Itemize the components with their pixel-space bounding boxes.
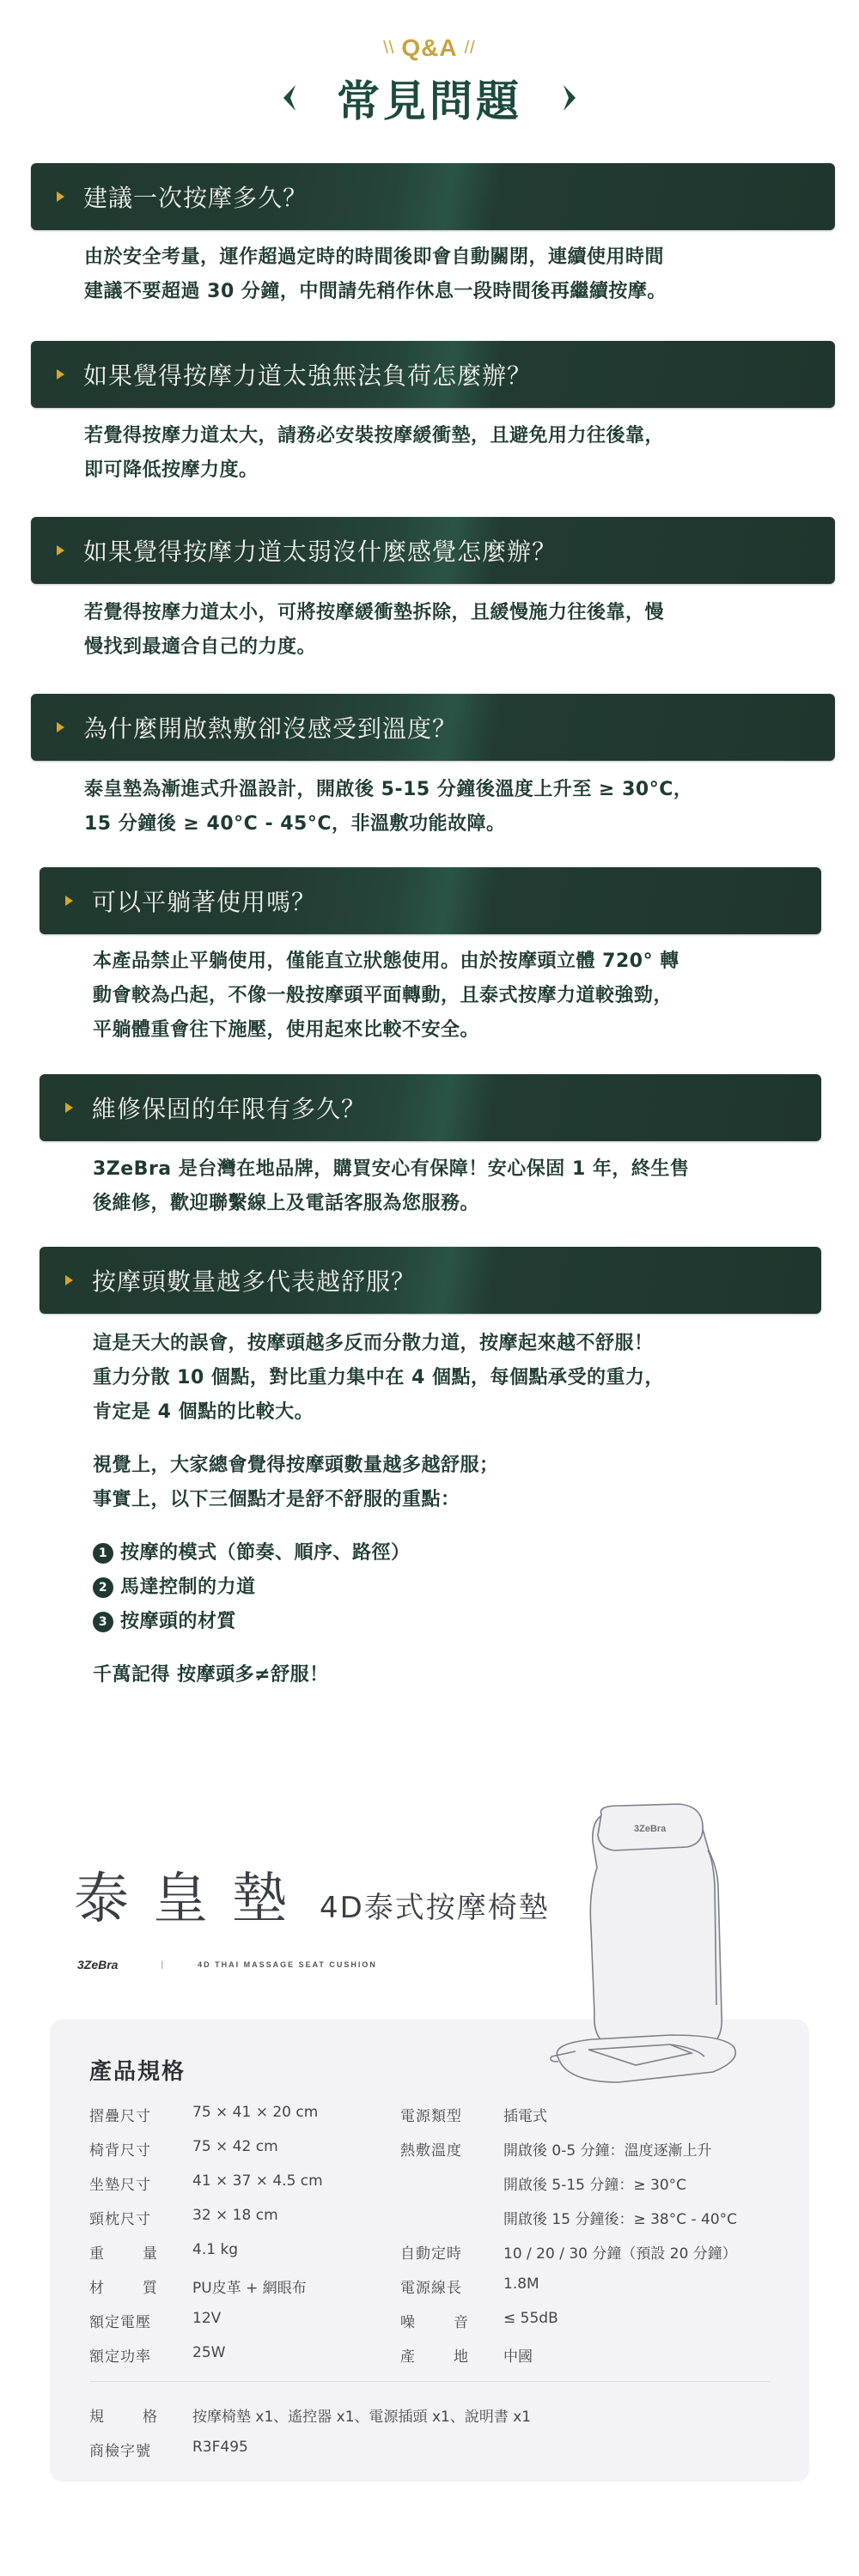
faq-question-3[interactable]: 如果覺得按摩力道太弱沒什麼感覺怎麼辦？ bbox=[31, 517, 835, 584]
conclusion-text: 千萬記得 按摩頭多≠舒服！ bbox=[93, 1658, 664, 1692]
answer-text: 若覺得按摩力道太大，請務必安裝按摩緩衝墊，且避免用力往後靠， 即可降低按摩力度。 bbox=[84, 419, 664, 488]
faq-answer-2: 若覺得按摩力道太大，請務必安裝按摩緩衝墊，且避免用力往後靠， 即可降低按摩力度。 bbox=[84, 419, 664, 488]
spec-row-voltage: 額定電壓 12V bbox=[89, 2310, 221, 2331]
product-title: 泰皇墊 4D泰式按摩椅墊 bbox=[74, 1855, 550, 1934]
spec-row-weight: 重量 4.1 kg bbox=[89, 2241, 238, 2263]
answer-text: 3ZeBra 是台灣在地品牌，購買安心有保障！安心保固 1 年，終生售 後維修，… bbox=[93, 1152, 689, 1221]
point-2: 2 馬達控制的力道 bbox=[93, 1571, 664, 1605]
triangle-bullet-icon bbox=[57, 722, 64, 732]
spec-title: 產品規格 bbox=[89, 2054, 186, 2086]
point-3: 3 按摩頭的材質 bbox=[93, 1605, 664, 1639]
faq-question-4[interactable]: 為什麼開啟熱敷卻沒感受到溫度？ bbox=[31, 694, 835, 761]
point-text: 按摩頭的材質 bbox=[120, 1605, 236, 1639]
faq-question-7[interactable]: 按摩頭數量越多代表越舒服？ bbox=[40, 1247, 821, 1314]
spec-row-folded-size: 摺疊尺寸 75 × 41 × 20 cm bbox=[89, 2104, 318, 2125]
kicker-left-deco: \\ bbox=[383, 39, 394, 58]
faq-question-1[interactable]: 建議一次按摩多久？ bbox=[31, 163, 835, 230]
point-1: 1 按摩的模式（節奏、順序、路徑） bbox=[93, 1536, 664, 1571]
faq-answer-6: 3ZeBra 是台灣在地品牌，購買安心有保障！安心保固 1 年，終生售 後維修，… bbox=[93, 1152, 689, 1221]
answer-text-2: 視覺上，大家總會覺得按摩頭數量越多越舒服； 事實上，以下三個點才是舒不舒服的重點… bbox=[93, 1449, 664, 1517]
triangle-bullet-icon bbox=[65, 1275, 73, 1285]
spec-row-noise: 噪音 ≤ 55dB bbox=[400, 2310, 558, 2331]
product-subtitle: 4D泰式按摩椅墊 bbox=[320, 1884, 550, 1926]
brand-separator: | bbox=[161, 1960, 163, 1970]
spec-row-timer: 自動定時 10 / 20 / 30 分鐘（預設 20 分鐘） bbox=[400, 2241, 737, 2263]
point-text: 馬達控制的力道 bbox=[120, 1571, 256, 1605]
left-arrow-icon bbox=[283, 85, 295, 111]
spec-row-heat-temp: 熱敷溫度 開啟後 0-5 分鐘：溫度逐漸上升 bbox=[400, 2138, 712, 2160]
spec-row-contents: 規格 按摩椅墊 x1、遙控器 x1、電源插頭 x1、說明書 x1 bbox=[89, 2404, 531, 2426]
faq-answer-7: 這是天大的誤會，按摩頭越多反而分散力道，按摩起來越不舒服！ 重力分散 10 個點… bbox=[93, 1327, 664, 1692]
triangle-bullet-icon bbox=[57, 545, 64, 556]
product-name: 泰皇墊 bbox=[74, 1855, 311, 1934]
right-arrow-icon bbox=[564, 85, 576, 111]
brand-logo: 3ZeBra bbox=[77, 1958, 118, 1971]
answer-text: 本產品禁止平躺使用，僅能直立狀態使用。由於按摩頭立體 720° 轉 動會較為凸起… bbox=[93, 945, 679, 1048]
triangle-bullet-icon bbox=[57, 191, 64, 202]
spec-row-heat-temp-2: 開啟後 5-15 分鐘：≥ 30°C bbox=[400, 2172, 686, 2194]
number-1-icon: 1 bbox=[93, 1543, 113, 1564]
spec-row-heat-temp-3: 開啟後 15 分鐘後：≥ 38°C - 40°C bbox=[400, 2207, 737, 2228]
question-text: 為什麼開啟熱敷卻沒感受到溫度？ bbox=[83, 710, 457, 744]
qa-header: \\ Q&A // 常見問題 bbox=[0, 34, 859, 129]
question-text: 可以平躺著使用嗎？ bbox=[92, 884, 316, 918]
faq-answer-1: 由於安全考量，運作超過定時的時間後即會自動關閉，連續使用時間 建議不要超過 30… bbox=[84, 240, 667, 309]
question-text: 建議一次按摩多久？ bbox=[83, 179, 308, 214]
answer-text: 這是天大的誤會，按摩頭越多反而分散力道，按摩起來越不舒服！ 重力分散 10 個點… bbox=[93, 1327, 664, 1430]
product-english-name: 4D THAI MASSAGE SEAT CUSHION bbox=[198, 1960, 377, 1969]
spec-row-neck-size: 頸枕尺寸 32 × 18 cm bbox=[89, 2207, 278, 2228]
number-2-icon: 2 bbox=[93, 1577, 113, 1598]
triangle-bullet-icon bbox=[57, 369, 64, 380]
question-text: 按摩頭數量越多代表越舒服？ bbox=[92, 1263, 416, 1297]
faq-answer-3: 若覺得按摩力道太小，可將按摩緩衝墊拆除，且緩慢施力往後靠，慢 慢找到最適合自己的… bbox=[84, 596, 664, 665]
spec-row-origin: 產地 中國 bbox=[400, 2344, 533, 2366]
triangle-bullet-icon bbox=[65, 896, 73, 906]
spec-row-cord-length: 電源線長 1.8M bbox=[400, 2275, 539, 2297]
triangle-bullet-icon bbox=[65, 1103, 73, 1113]
chair-logo-text: 3ZeBra bbox=[634, 1824, 667, 1834]
spec-divider bbox=[89, 2381, 770, 2382]
answer-text: 泰皇墊為漸進式升溫設計，開啟後 5-15 分鐘後溫度上升至 ≥ 30°C， 15… bbox=[84, 773, 692, 841]
question-text: 如果覺得按摩力道太弱沒什麼感覺怎麼辦？ bbox=[83, 533, 557, 568]
number-3-icon: 3 bbox=[93, 1612, 113, 1632]
spec-row-material: 材質 PU皮革 + 網眼布 bbox=[89, 2275, 307, 2297]
spec-row-inspection-no: 商檢字號 R3F495 bbox=[89, 2439, 248, 2460]
spec-row-back-size: 椅背尺寸 75 × 42 cm bbox=[89, 2138, 278, 2160]
kicker-right-deco: // bbox=[465, 39, 476, 58]
kicker-text: Q&A bbox=[401, 34, 457, 62]
faq-answer-4: 泰皇墊為漸進式升溫設計，開啟後 5-15 分鐘後溫度上升至 ≥ 30°C， 15… bbox=[84, 773, 692, 841]
qa-kicker: \\ Q&A // bbox=[383, 34, 475, 62]
question-text: 維修保固的年限有多久？ bbox=[92, 1091, 366, 1125]
faq-question-5[interactable]: 可以平躺著使用嗎？ bbox=[40, 867, 821, 934]
question-text: 如果覺得按摩力道太強無法負荷怎麼辦？ bbox=[83, 357, 532, 392]
page-title: 常見問題 bbox=[337, 67, 522, 129]
spec-row-power-type: 電源類型 插電式 bbox=[400, 2104, 547, 2125]
point-text: 按摩的模式（節奏、順序、路徑） bbox=[120, 1536, 411, 1571]
answer-text: 若覺得按摩力道太小，可將按摩緩衝墊拆除，且緩慢施力往後靠，慢 慢找到最適合自己的… bbox=[84, 596, 664, 665]
faq-question-6[interactable]: 維修保固的年限有多久？ bbox=[40, 1074, 821, 1141]
faq-answer-5: 本產品禁止平躺使用，僅能直立狀態使用。由於按摩頭立體 720° 轉 動會較為凸起… bbox=[93, 945, 679, 1048]
spec-row-seat-size: 坐墊尺寸 41 × 37 × 4.5 cm bbox=[89, 2172, 323, 2194]
spec-row-power: 額定功率 25W bbox=[89, 2344, 225, 2366]
chair-illustration-icon: 3ZeBra bbox=[541, 1799, 765, 2091]
faq-question-2[interactable]: 如果覺得按摩力道太強無法負荷怎麼辦？ bbox=[31, 341, 835, 408]
answer-text: 由於安全考量，運作超過定時的時間後即會自動關閉，連續使用時間 建議不要超過 30… bbox=[84, 240, 667, 309]
brand-row: 3ZeBra | 4D THAI MASSAGE SEAT CUSHION bbox=[77, 1958, 377, 1971]
